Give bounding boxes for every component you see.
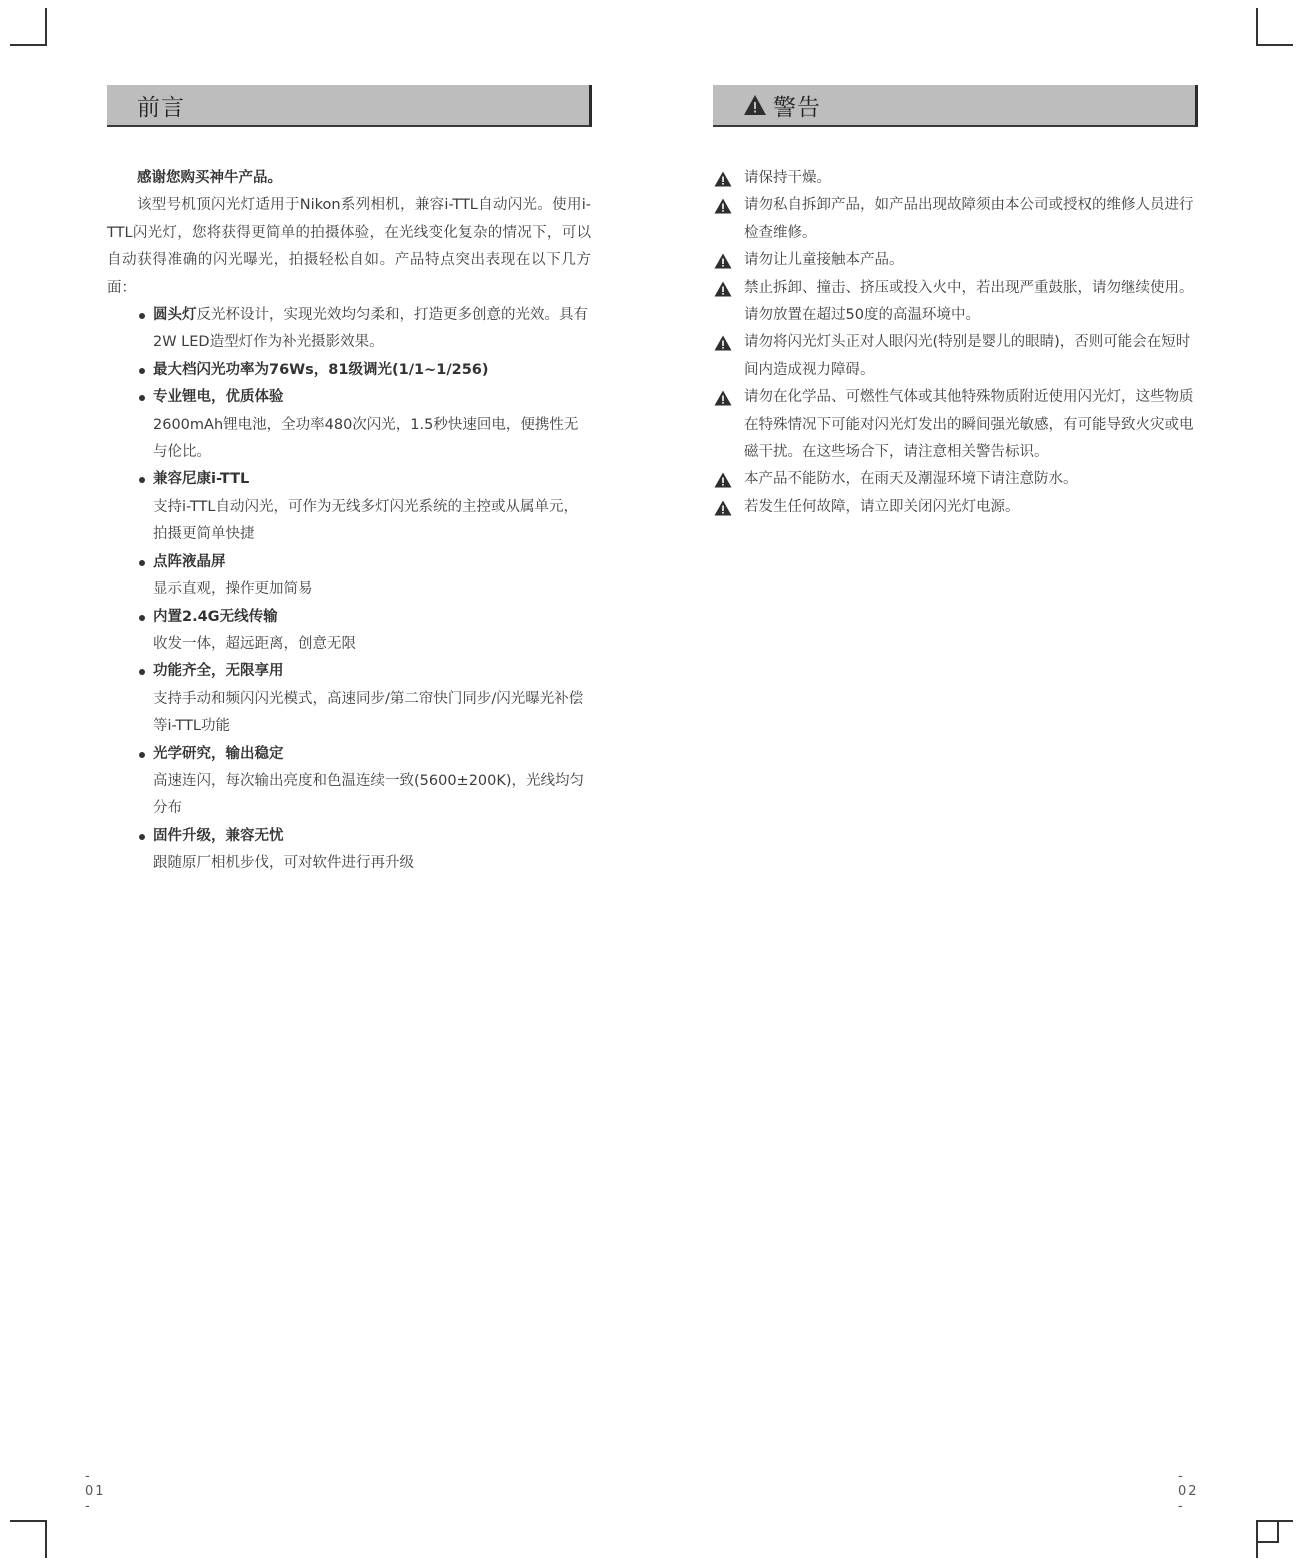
crop-mark-top-right-h bbox=[1256, 44, 1293, 46]
bullet-icon bbox=[139, 834, 145, 840]
crop-mark-top-left-v bbox=[45, 8, 47, 46]
crop-mark-bottom-right bbox=[1256, 1520, 1293, 1558]
warning-triangle-icon bbox=[714, 281, 732, 297]
bullet-icon bbox=[139, 615, 145, 621]
feature-item: 内置2.4G无线传输 收发一体，超远距离，创意无限 bbox=[107, 604, 591, 659]
feature-title: 专业锂电，优质体验 bbox=[153, 389, 284, 405]
warning-triangle-icon bbox=[714, 253, 732, 269]
feature-title: 内置2.4G无线传输 bbox=[153, 609, 278, 625]
crop-mark-top-left-h bbox=[10, 44, 47, 46]
warning-item: 请勿将闪光灯头正对人眼闪光(特别是婴儿的眼睛)，否则可能会在短时间内造成视力障碍… bbox=[713, 329, 1197, 384]
warning-item: 本产品不能防水，在雨天及潮湿环境下请注意防水。 bbox=[713, 466, 1197, 493]
warning-item: 请保持干燥。 bbox=[713, 165, 1197, 192]
bullet-icon bbox=[139, 669, 145, 675]
feature-item: 固件升级，兼容无忧 跟随原厂相机步伐，可对软件进行再升级 bbox=[107, 823, 591, 878]
feature-desc: 高速连闪，每次输出亮度和色温连续一致(5600±200K)，光线均匀分布 bbox=[153, 768, 591, 823]
feature-desc: 支持手动和频闪闪光模式，高速同步/第二帘快门同步/闪光曝光补偿等i-TTL功能 bbox=[153, 686, 591, 741]
page-number-left: - 01 - bbox=[85, 1469, 106, 1514]
warning-text: 本产品不能防水，在雨天及潮湿环境下请注意防水。 bbox=[744, 471, 1078, 487]
feature-title: 光学研究，输出稳定 bbox=[153, 746, 284, 762]
crop-mark-top-right-v bbox=[1256, 8, 1258, 46]
intro-paragraph: 该型号机顶闪光灯适用于Nikon系列相机，兼容i-TTL自动闪光。使用i-TTL… bbox=[107, 192, 591, 302]
feature-title: 功能齐全，无限享用 bbox=[153, 663, 284, 679]
warning-text: 请勿在化学品、可燃性气体或其他特殊物质附近使用闪光灯，这些物质在特殊情况下可能对… bbox=[744, 389, 1194, 460]
feature-desc: 显示直观，操作更加简易 bbox=[153, 576, 591, 603]
feature-title: 固件升级，兼容无忧 bbox=[153, 828, 284, 844]
feature-item: 兼容尼康i-TTL 支持i-TTL自动闪光，可作为无线多灯闪光系统的主控或从属单… bbox=[107, 466, 591, 548]
warning-text: 请勿将闪光灯头正对人眼闪光(特别是婴儿的眼睛)，否则可能会在短时间内造成视力障碍… bbox=[744, 334, 1190, 377]
feature-title: 最大档闪光功率为76Ws，81级调光(1/1~1/256) bbox=[153, 362, 489, 378]
section-header-preface: 前言 bbox=[107, 85, 592, 127]
warning-triangle-icon bbox=[714, 472, 732, 488]
warnings-body: 请保持干燥。 请勿私自拆卸产品，如产品出现故障须由本公司或授权的维修人员进行检查… bbox=[713, 165, 1197, 521]
warning-list: 请保持干燥。 请勿私自拆卸产品，如产品出现故障须由本公司或授权的维修人员进行检查… bbox=[713, 165, 1197, 521]
feature-list: 圆头灯反光杯设计，实现光效均匀柔和，打造更多创意的光效。具有2W LED造型灯作… bbox=[107, 302, 591, 878]
intro-bold-text: 感谢您购买神牛产品。 bbox=[107, 165, 591, 192]
warning-text: 禁止拆卸、撞击、挤压或投入火中，若出现严重鼓胀，请勿继续使用。请勿放置在超过50… bbox=[744, 280, 1194, 323]
warning-triangle-icon bbox=[714, 390, 732, 406]
feature-desc: 收发一体，超远距离，创意无限 bbox=[153, 631, 591, 658]
feature-item: 专业锂电，优质体验 2600mAh锂电池，全功率480次闪光，1.5秒快速回电，… bbox=[107, 384, 591, 466]
feature-desc: 反光杯设计，实现光效均匀柔和，打造更多创意的光效。具有2W LED造型灯作为补光… bbox=[153, 307, 588, 350]
feature-item: 功能齐全，无限享用 支持手动和频闪闪光模式，高速同步/第二帘快门同步/闪光曝光补… bbox=[107, 658, 591, 740]
feature-title: 圆头灯 bbox=[153, 307, 197, 323]
feature-item: 点阵液晶屏 显示直观，操作更加简易 bbox=[107, 549, 591, 604]
section-title: 警告 bbox=[773, 89, 821, 122]
warning-item: 禁止拆卸、撞击、挤压或投入火中，若出现严重鼓胀，请勿继续使用。请勿放置在超过50… bbox=[713, 275, 1197, 330]
crop-mark-bottom-left-h bbox=[10, 1520, 47, 1522]
bullet-icon bbox=[139, 313, 145, 319]
bullet-icon bbox=[139, 477, 145, 483]
feature-item: 光学研究，输出稳定 高速连闪，每次输出亮度和色温连续一致(5600±200K)，… bbox=[107, 741, 591, 823]
warning-item: 若发生任何故障，请立即关闭闪光灯电源。 bbox=[713, 494, 1197, 521]
bullet-icon bbox=[139, 395, 145, 401]
feature-title: 兼容尼康i-TTL bbox=[153, 471, 249, 487]
warning-triangle-icon bbox=[743, 94, 767, 116]
feature-item: 圆头灯反光杯设计，实现光效均匀柔和，打造更多创意的光效。具有2W LED造型灯作… bbox=[107, 302, 591, 357]
feature-desc: 跟随原厂相机步伐，可对软件进行再升级 bbox=[153, 850, 591, 877]
warning-triangle-icon bbox=[714, 198, 732, 214]
bullet-icon bbox=[139, 560, 145, 566]
warning-text: 请勿私自拆卸产品，如产品出现故障须由本公司或授权的维修人员进行检查维修。 bbox=[744, 197, 1194, 240]
warning-triangle-icon bbox=[714, 500, 732, 516]
warning-text: 请勿让儿童接触本产品。 bbox=[744, 252, 904, 268]
crop-mark-bottom-left-v bbox=[45, 1520, 47, 1558]
warning-item: 请勿让儿童接触本产品。 bbox=[713, 247, 1197, 274]
warning-triangle-icon bbox=[714, 171, 732, 187]
feature-desc: 2600mAh锂电池，全功率480次闪光，1.5秒快速回电，便携性无与伦比。 bbox=[153, 412, 591, 467]
feature-item: 最大档闪光功率为76Ws，81级调光(1/1~1/256) bbox=[107, 357, 591, 384]
warning-text: 若发生任何故障，请立即关闭闪光灯电源。 bbox=[744, 499, 1020, 515]
preface-body: 感谢您购买神牛产品。 该型号机顶闪光灯适用于Nikon系列相机，兼容i-TTL自… bbox=[107, 165, 591, 878]
bullet-icon bbox=[139, 368, 145, 374]
feature-desc: 支持i-TTL自动闪光，可作为无线多灯闪光系统的主控或从属单元，拍摄更简单快捷 bbox=[153, 494, 591, 549]
feature-title: 点阵液晶屏 bbox=[153, 554, 226, 570]
bullet-icon bbox=[139, 752, 145, 758]
warning-triangle-icon bbox=[714, 335, 732, 351]
page-number-right: - 02 - bbox=[1178, 1469, 1199, 1514]
section-header-warning: 警告 bbox=[713, 85, 1198, 127]
warning-item: 请勿私自拆卸产品，如产品出现故障须由本公司或授权的维修人员进行检查维修。 bbox=[713, 192, 1197, 247]
section-title: 前言 bbox=[137, 89, 185, 122]
warning-item: 请勿在化学品、可燃性气体或其他特殊物质附近使用闪光灯，这些物质在特殊情况下可能对… bbox=[713, 384, 1197, 466]
warning-text: 请保持干燥。 bbox=[744, 170, 831, 186]
